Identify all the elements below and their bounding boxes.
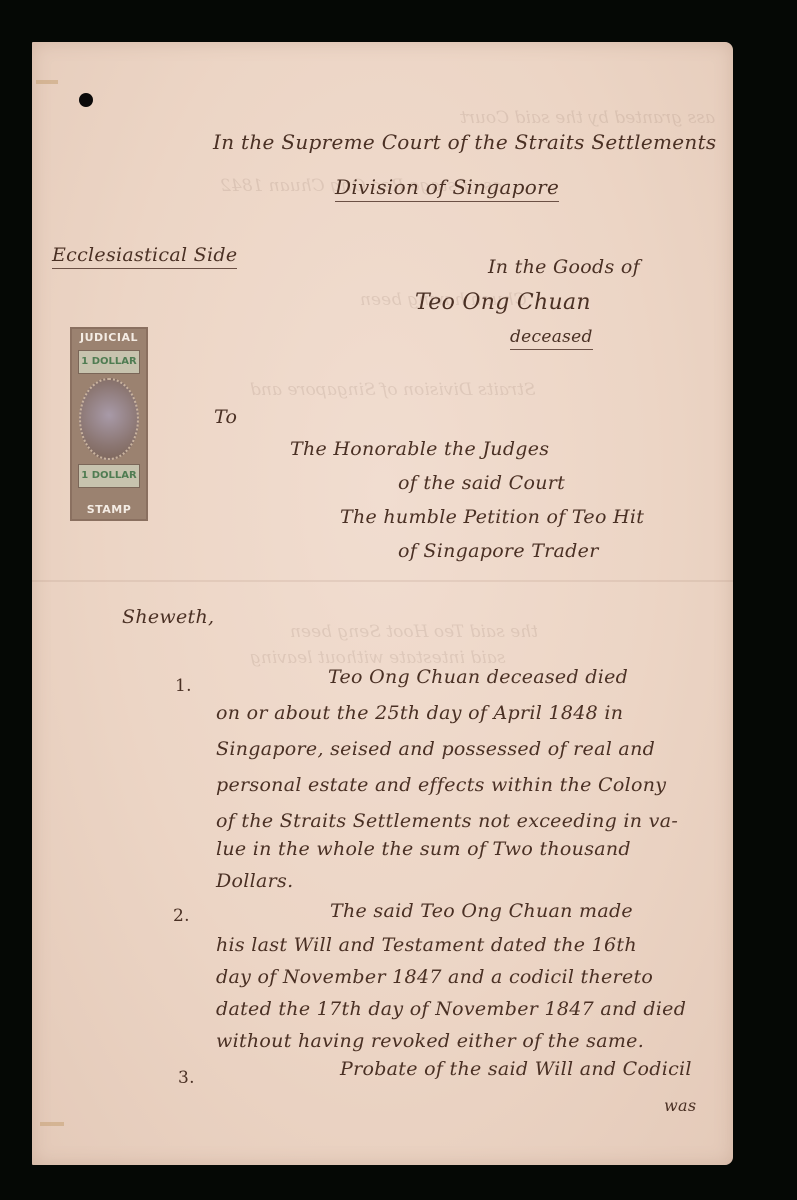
stamp-bottom-label: STAMP xyxy=(72,501,146,519)
paragraph-line: day of November 1847 and a codicil there… xyxy=(216,966,653,988)
queen-portrait-icon xyxy=(79,378,139,460)
paragraph-line: Singapore, seised and possessed of real … xyxy=(216,738,655,760)
ink-smudge xyxy=(40,1122,64,1126)
bleed-through-text: Straits Division of Singapore and xyxy=(250,380,536,400)
petition-line-2: of Singapore Trader xyxy=(398,540,599,562)
paragraph-line: without having revoked either of the sam… xyxy=(216,1030,644,1052)
paragraph-line: personal estate and effects within the C… xyxy=(216,774,666,796)
paragraph-line: of the Straits Settlements not exceeding… xyxy=(216,810,678,832)
to-label: To xyxy=(214,406,237,428)
paragraph-line: lue in the whole the sum of Two thousand xyxy=(216,838,631,860)
paragraph-line: Probate of the said Will and Codicil xyxy=(340,1058,692,1080)
bleed-through-text: ass granted by the said Court xyxy=(460,108,715,128)
sheweth-label: Sheweth, xyxy=(122,606,214,628)
side-label: Ecclesiastical Side xyxy=(52,244,237,269)
paragraph-number: 3. xyxy=(178,1068,195,1088)
bleed-through-text: said intestate without leaving xyxy=(250,648,506,668)
paragraph-number: 2. xyxy=(173,906,190,926)
paragraph-line: his last Will and Testament dated the 16… xyxy=(216,934,637,956)
paragraph-line: dated the 17th day of November 1847 and … xyxy=(216,998,686,1020)
stamp-value-bottom: 1 DOLLAR xyxy=(78,464,140,488)
paragraph-number: 1. xyxy=(175,676,192,696)
addressee-line-2: of the said Court xyxy=(398,472,565,494)
punch-hole xyxy=(79,93,93,107)
deceased-name: Teo Ong Chuan xyxy=(415,290,591,315)
deceased-label: deceased xyxy=(510,327,593,350)
paragraph-line: Dollars. xyxy=(216,870,293,892)
stamp-top-label: JUDICIAL xyxy=(72,329,146,347)
ink-smudge xyxy=(36,80,58,84)
goods-of-label: In the Goods of xyxy=(488,256,640,278)
bleed-through-text: the said Teo Hoot Seng been xyxy=(290,622,538,642)
court-heading: In the Supreme Court of the Straits Sett… xyxy=(213,130,716,154)
division-heading: Division of Singapore xyxy=(335,175,559,202)
addressee-line-1: The Honorable the Judges xyxy=(290,438,549,460)
stamp-value-top: 1 DOLLAR xyxy=(78,350,140,374)
paragraph-line: Teo Ong Chuan deceased died xyxy=(328,666,628,688)
petition-line-1: The humble Petition of Teo Hit xyxy=(340,506,644,528)
catchword: was xyxy=(664,1096,696,1115)
paragraph-line: The said Teo Ong Chuan made xyxy=(330,900,633,922)
judicial-stamp: JUDICIAL 1 DOLLAR 1 DOLLAR STAMP xyxy=(70,327,148,521)
document-page xyxy=(32,42,733,1165)
paragraph-line: on or about the 25th day of April 1848 i… xyxy=(216,702,623,724)
